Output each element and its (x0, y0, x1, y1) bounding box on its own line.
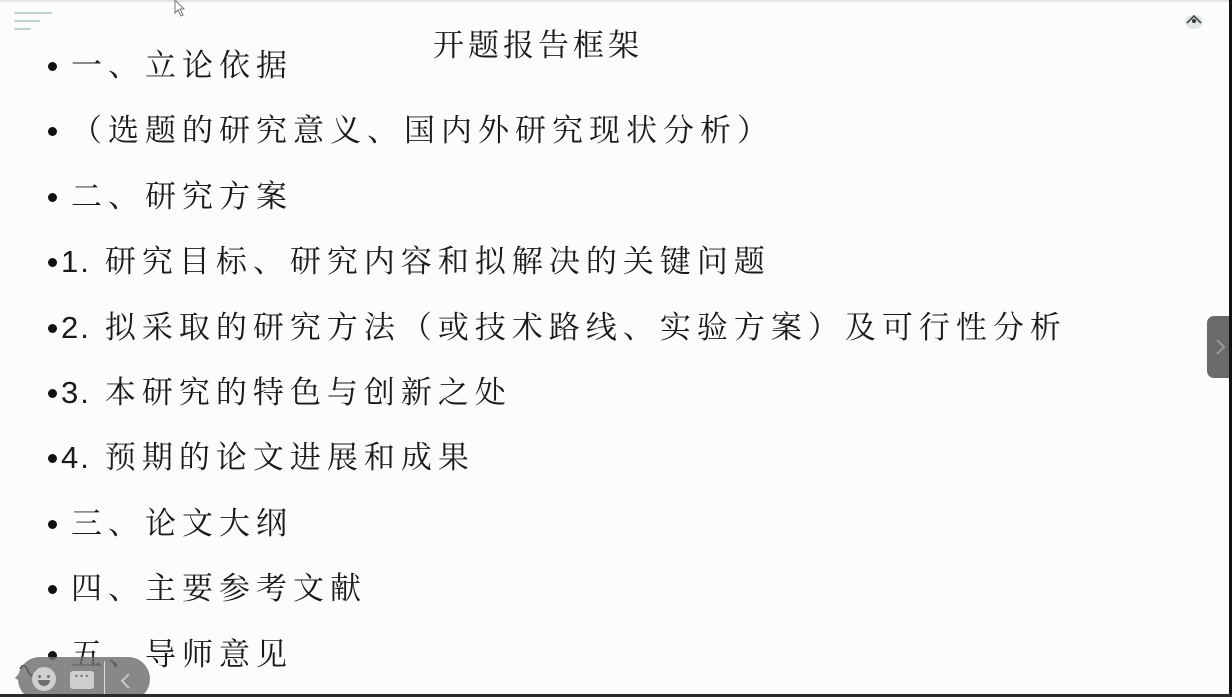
emoji-icon[interactable] (32, 667, 56, 691)
bullet-dot (48, 324, 57, 333)
hamburger-menu-icon (14, 12, 52, 14)
item-text: 三、论文大纲 (71, 502, 293, 546)
bullet-dot (48, 127, 57, 136)
floating-toolbar (18, 657, 150, 697)
item-text: （选题的研究意义、国内外研究现状分析） (71, 109, 774, 153)
bullet-dot (48, 454, 57, 463)
item-text: 一、立论依据 (71, 44, 293, 88)
item-number: 3. (61, 371, 91, 415)
bullet-dot (48, 585, 57, 594)
item-text: 研究目标、研究内容和拟解决的关键问题 (105, 240, 771, 284)
bullet-dot (48, 520, 57, 529)
list-item: 三、论文大纲 (48, 502, 293, 546)
list-item: 一、立论依据 (48, 44, 293, 88)
toolbar-divider (104, 661, 105, 697)
chevron-right-icon (1215, 338, 1227, 356)
bullet-dot (48, 62, 57, 71)
chat-icon[interactable] (70, 671, 94, 689)
list-item: 四、主要参考文献 (48, 567, 367, 611)
list-item: 二、研究方案 (48, 175, 293, 219)
item-text: 预期的论文进展和成果 (105, 436, 475, 480)
item-number: 1. (61, 240, 91, 284)
item-number: 4. (61, 436, 91, 480)
list-item: 1. 研究目标、研究内容和拟解决的关键问题 (48, 240, 771, 284)
list-item: 3. 本研究的特色与创新之处 (48, 371, 512, 415)
collapse-icon[interactable] (116, 671, 136, 691)
bullet-dot (48, 389, 57, 398)
list-item: 4. 预期的论文进展和成果 (48, 436, 475, 480)
bullet-dot (48, 193, 57, 202)
item-number: 2. (61, 306, 91, 350)
eye-logo-icon[interactable] (1183, 12, 1205, 30)
list-item: 2. 拟采取的研究方法（或技术路线、实验方案）及可行性分析 (48, 306, 1067, 350)
item-text: 四、主要参考文献 (71, 567, 367, 611)
item-text: 本研究的特色与创新之处 (105, 371, 512, 415)
item-text: 二、研究方案 (71, 175, 293, 219)
list-item: （选题的研究意义、国内外研究现状分析） (48, 109, 774, 153)
mouse-cursor-icon (174, 0, 188, 18)
item-text: 拟采取的研究方法（或技术路线、实验方案）及可行性分析 (105, 306, 1067, 350)
bullet-dot (48, 258, 57, 267)
